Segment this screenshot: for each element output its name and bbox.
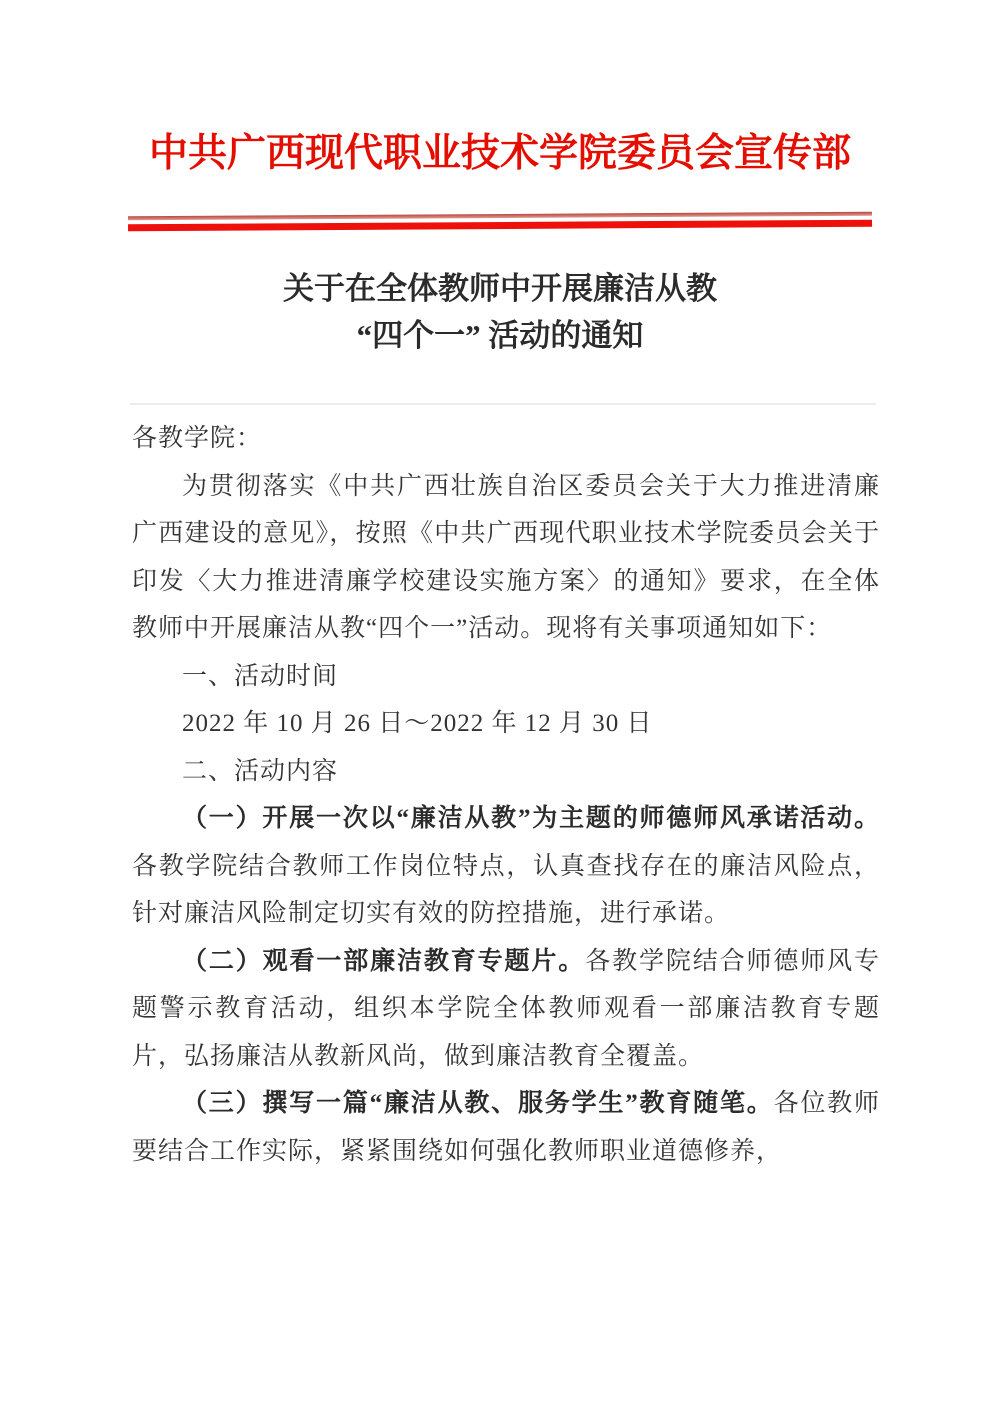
document-title-line-1: 关于在全体教师中开展廉洁从教	[0, 265, 1000, 312]
section-2-heading: 二、活动内容	[132, 748, 880, 796]
content-divider	[130, 403, 876, 405]
item-2-lead: （二）观看一部廉洁教育专题片。	[182, 948, 585, 975]
letterhead-title: 中共广西现代职业技术学院委员会宣传部	[0, 126, 1000, 182]
intro-paragraph: 为贯彻落实《中共广西壮族自治区委员会关于大力推进清廉广西建设的意见》，按照《中共…	[132, 463, 880, 653]
salutation: 各教学院：	[132, 415, 880, 463]
letterhead-rule	[128, 212, 872, 232]
section-1-heading: 一、活动时间	[132, 653, 880, 701]
letterhead-rule-thin	[128, 212, 872, 221]
document-page: 中共广西现代职业技术学院委员会宣传部 关于在全体教师中开展廉洁从教 “四个一” …	[0, 0, 1000, 1414]
item-3: （三）撰写一篇“廉洁从教、服务学生”教育随笔。各位教师要结合工作实际，紧紧围绕如…	[132, 1080, 880, 1175]
activity-date: 2022 年 10 月 26 日～2022 年 12 月 30 日	[132, 700, 880, 748]
item-1: （一）开展一次以“廉洁从教”为主题的师德师风承诺活动。各教学院结合教师工作岗位特…	[132, 795, 880, 938]
item-2: （二）观看一部廉洁教育专题片。各教学院结合师德师风专题警示教育活动，组织本学院全…	[132, 938, 880, 1081]
item-1-text: 各教学院结合教师工作岗位特点，认真查找存在的廉洁风险点，针对廉洁风险制定切实有效…	[132, 853, 880, 928]
letterhead-rule-thick	[128, 220, 872, 232]
document-title: 关于在全体教师中开展廉洁从教 “四个一” 活动的通知	[0, 265, 1000, 359]
item-1-lead: （一）开展一次以“廉洁从教”为主题的师德师风承诺活动。	[182, 805, 880, 832]
document-title-line-2: “四个一” 活动的通知	[0, 312, 1000, 359]
document-body: 各教学院： 为贯彻落实《中共广西壮族自治区委员会关于大力推进清廉广西建设的意见》…	[132, 415, 880, 1175]
item-3-lead: （三）撰写一篇“廉洁从教、服务学生”教育随笔。	[182, 1090, 774, 1117]
